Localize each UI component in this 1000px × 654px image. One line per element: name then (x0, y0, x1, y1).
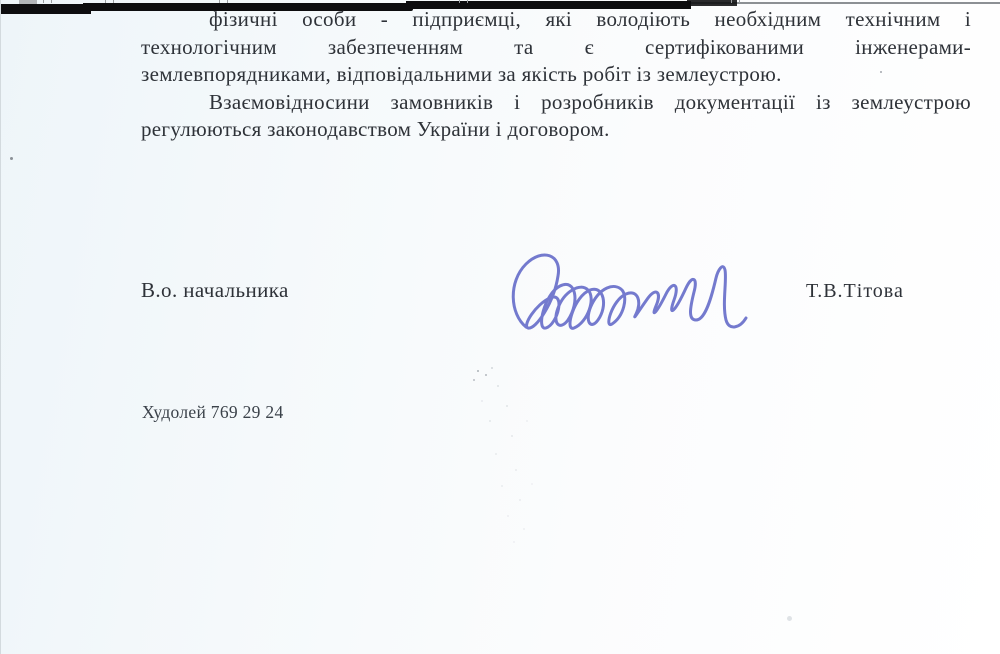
scan-speck (787, 616, 792, 621)
ruler-tick (227, 0, 228, 3)
ruler-tick (113, 0, 114, 3)
scan-black-bar (1, 4, 91, 14)
body-line: землевпорядниками, відповідальними за як… (141, 61, 971, 89)
executor-reference: Худолей 769 29 24 (142, 402, 284, 423)
ruler-tick (51, 0, 52, 3)
signatory-title: В.о. начальника (141, 278, 289, 303)
ruler-tick (219, 0, 220, 3)
body-line: Взаємовідносини замовників і розробників… (141, 89, 971, 117)
stamp-ghost-speckles (471, 365, 473, 367)
ruler-tick (467, 0, 468, 3)
scan-edge-line (691, 2, 1000, 4)
ruler-tick (731, 0, 732, 3)
ruler-tick (459, 0, 460, 3)
signature-ink-stroke (513, 255, 746, 328)
signatory-name: Т.В.Тітова (806, 280, 904, 303)
ruler-tick (739, 0, 740, 3)
handwritten-signature-icon (496, 232, 776, 352)
body-line: регулюються законодавством України і дог… (141, 116, 971, 144)
body-line: технологічним забезпеченням та є сертифі… (141, 34, 971, 62)
scan-speck (880, 71, 882, 73)
scanned-letter-page: фізичні особи - підприємці, які володіют… (0, 0, 1000, 654)
ruler-tick (105, 0, 106, 3)
scan-speck (10, 157, 13, 160)
scan-artifact-rect (19, 0, 37, 4)
ruler-tick (43, 0, 44, 3)
body-line: фізичні особи - підприємці, які володіют… (141, 6, 971, 34)
letter-body: фізичні особи - підприємці, які володіют… (141, 6, 971, 144)
